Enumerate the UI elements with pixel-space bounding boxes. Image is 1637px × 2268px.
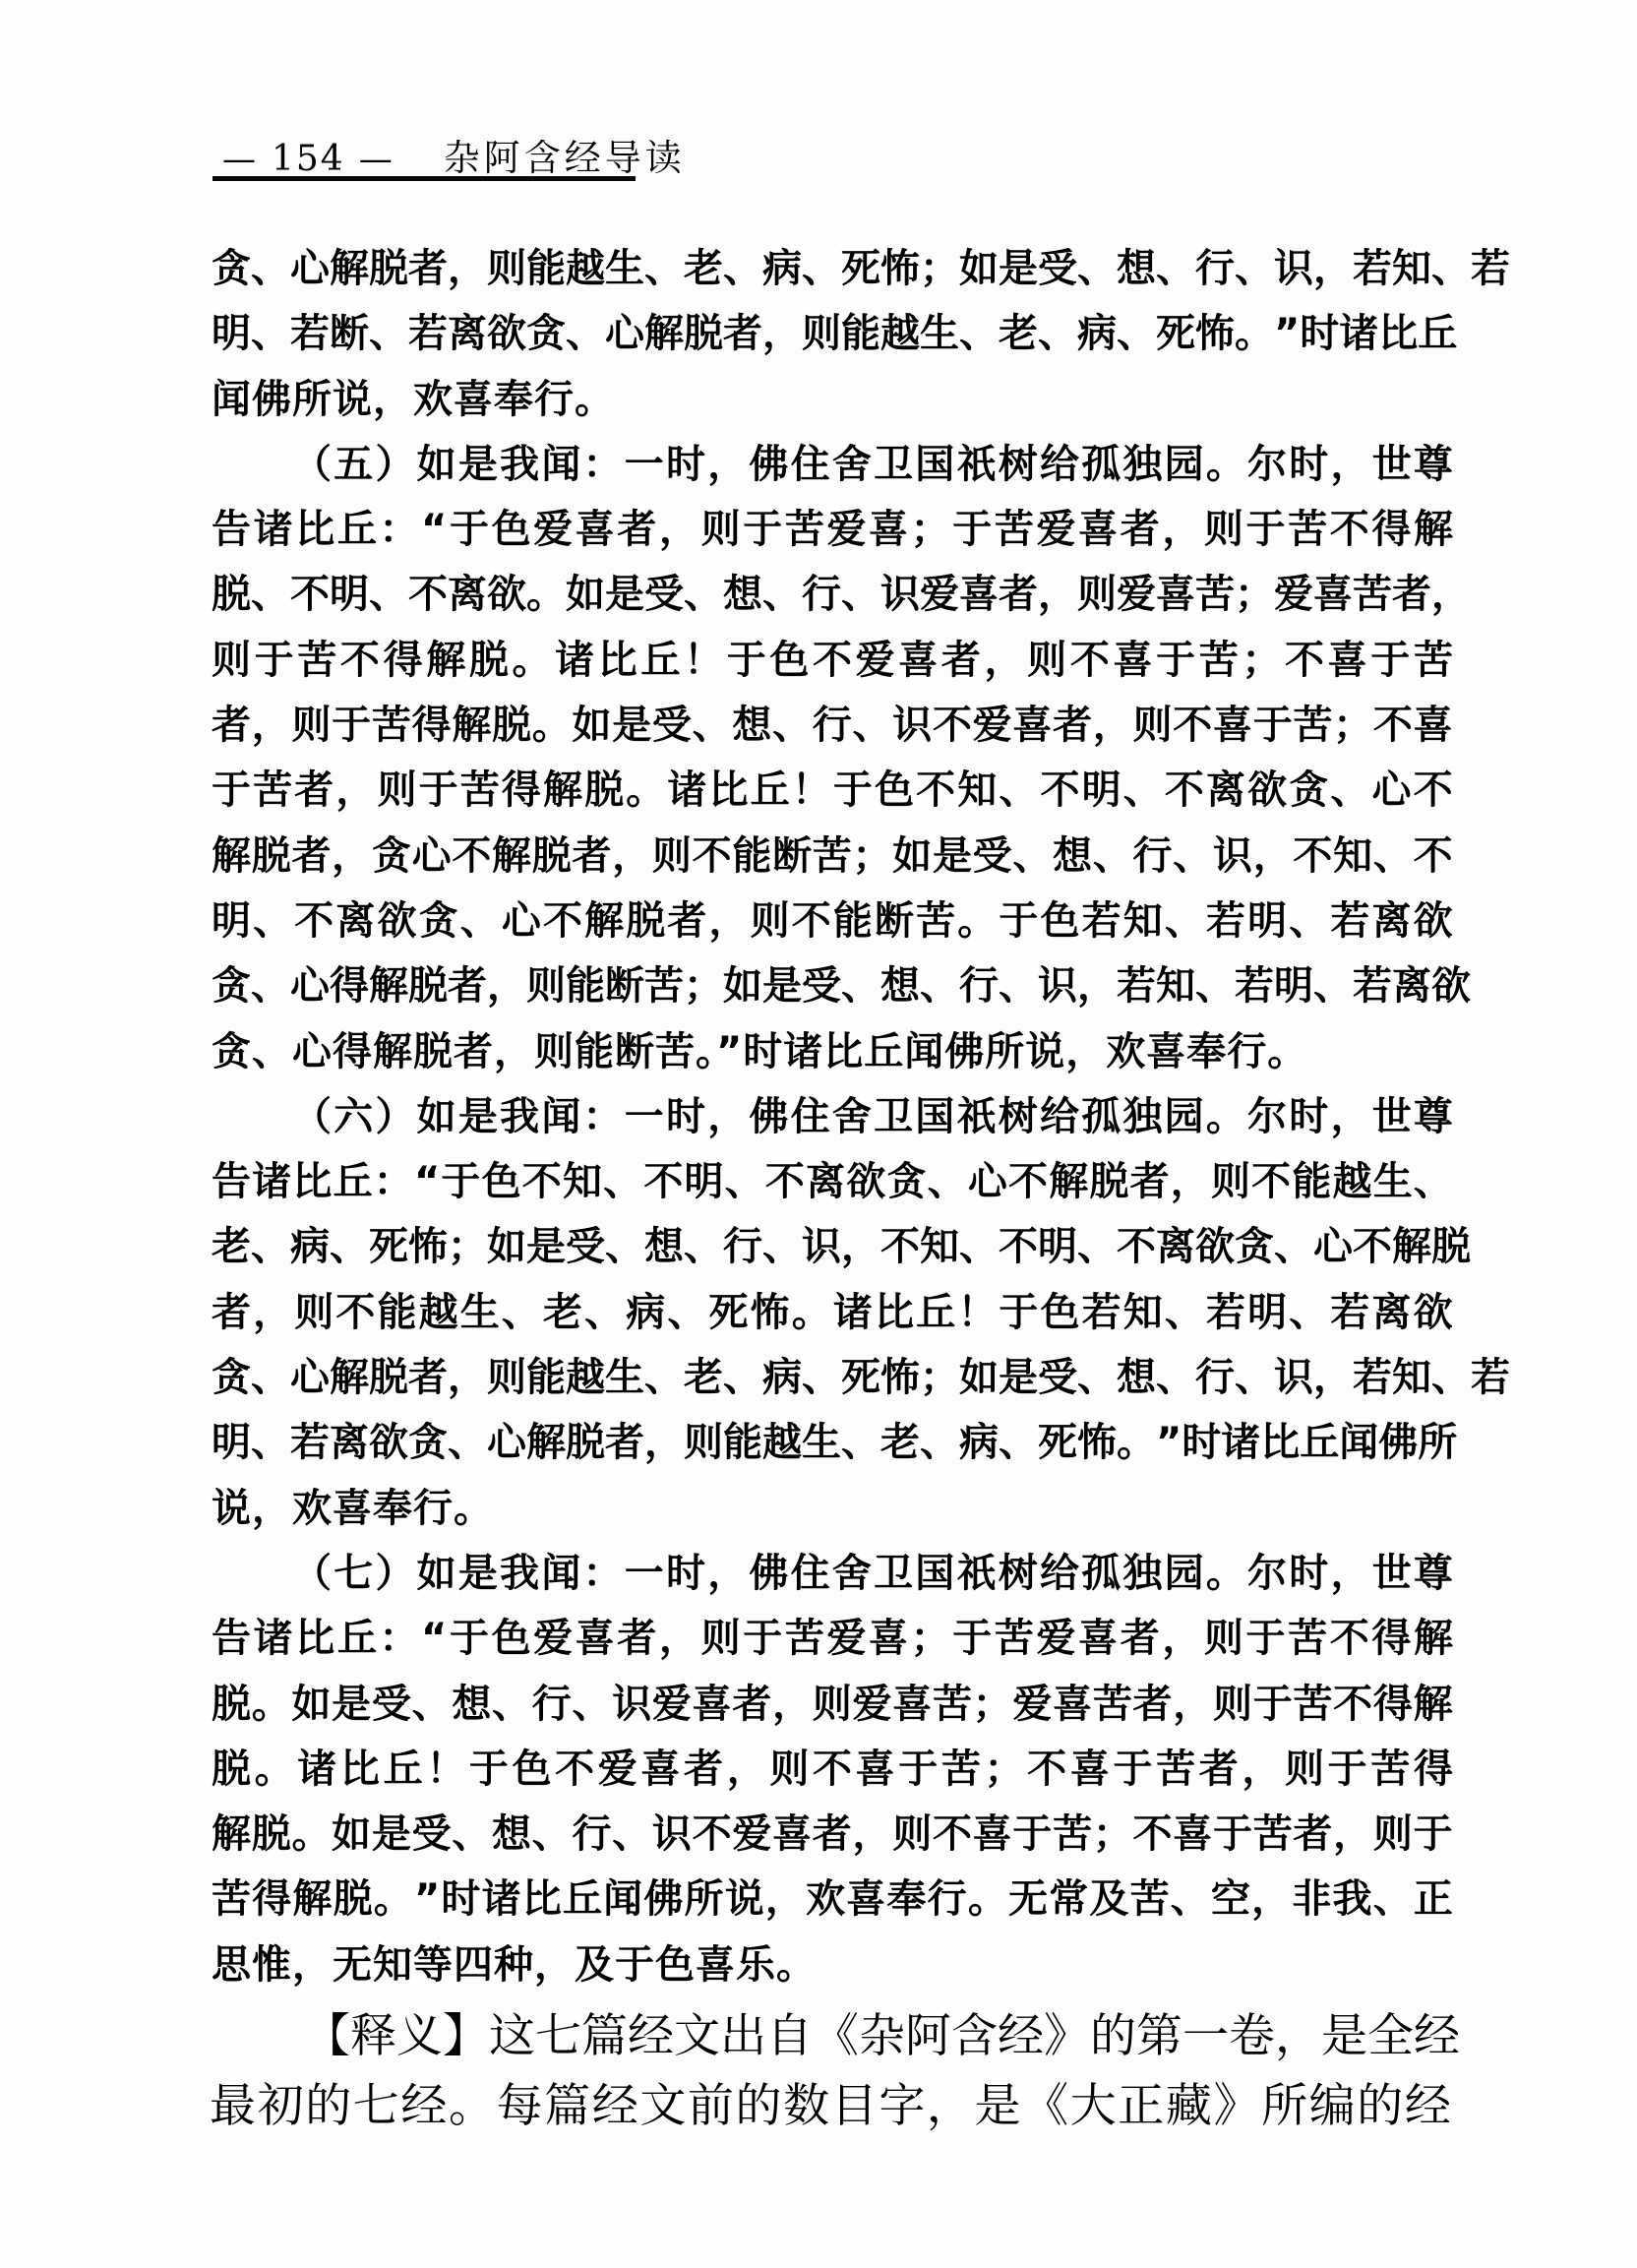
scanned-book-page: — 154 — 杂阿含经导读 贪、心解脱者，则能越生、老、病、死怖；如是受、想、… [0, 0, 1637, 2268]
running-head: — 154 — 杂阿含经导读 [216, 128, 686, 181]
body-line: 苦得解脱。”时诸比丘闻佛所说，欢喜奉行。无常及苦、空，非我、正 [212, 1867, 1453, 1931]
body-line: （六）如是我闻：一时，佛住舍卫国祇树给孤独园。尔时，世尊 [212, 1084, 1453, 1149]
body-line: 明、不离欲贪、心不解脱者，则不能断苦。于色若知、若明、若离欲 [212, 889, 1453, 953]
body-line: 说，欢喜奉行。 [212, 1476, 1453, 1541]
body-line: 明、若离欲贪、心解脱者，则能越生、老、病、死怖。”时诸比丘闻佛所 [212, 1410, 1453, 1475]
body-line: 贪、心解脱者，则能越生、老、病、死怖；如是受、想、行、识，若知、若 [212, 1345, 1453, 1410]
commentary-line: 最初的七经。每篇经文前的数目字，是《大正藏》所编的经 [210, 2071, 1451, 2141]
body-line: 则于苦不得解脱。诸比丘！于色不爱喜者，则不喜于苦；不喜于苦 [212, 628, 1453, 693]
sutra-text-block: 贪、心解脱者，则能越生、老、病、死怖；如是受、想、行、识，若知、若明、若断、若离… [212, 236, 1453, 1997]
body-line: 解脱。如是受、想、行、识不爱喜者，则不喜于苦；不喜于苦者，则于 [212, 1802, 1453, 1867]
body-line: 闻佛所说，欢喜奉行。 [212, 367, 1453, 432]
commentary-text-block: 【释义】这七篇经文出自《杂阿含经》的第一卷，是全经最初的七经。每篇经文前的数目字… [210, 2001, 1451, 2141]
body-line: 贪、心得解脱者，则能断苦；如是受、想、行、识，若知、若明、若离欲 [212, 953, 1453, 1018]
page-number-dash-left: — [216, 140, 264, 179]
commentary-line: 【释义】这七篇经文出自《杂阿含经》的第一卷，是全经 [210, 2001, 1451, 2071]
page-number-dash-right: — [353, 140, 400, 179]
body-line: 贪、心解脱者，则能越生、老、病、死怖；如是受、想、行、识，若知、若 [212, 236, 1453, 301]
body-line: 告诸比丘：“于色爱喜者，则于苦爱喜；于苦爱喜者，则于苦不得解 [212, 1606, 1453, 1671]
body-line: 脱。诸比丘！于色不爱喜者，则不喜于苦；不喜于苦者，则于苦得 [212, 1737, 1453, 1802]
body-line: 解脱者，贪心不解脱者，则不能断苦；如是受、想、行、识，不知、不 [212, 824, 1453, 889]
body-line: （五）如是我闻：一时，佛住舍卫国祇树给孤独园。尔时，世尊 [212, 432, 1453, 497]
body-line: 告诸比丘：“于色不知、不明、不离欲贪、心不解脱者，则不能越生、 [212, 1149, 1453, 1214]
body-line: 者，则于苦得解脱。如是受、想、行、识不爱喜者，则不喜于苦；不喜 [212, 693, 1453, 758]
body-line: 脱。如是受、想、行、识爱喜者，则爱喜苦；爱喜苦者，则于苦不得解 [212, 1672, 1453, 1737]
body-line: 贪、心得解脱者，则能断苦。”时诸比丘闻佛所说，欢喜奉行。 [212, 1019, 1453, 1084]
body-line: 明、若断、若离欲贪、心解脱者，则能越生、老、病、死怖。”时诸比丘 [212, 301, 1453, 366]
body-line: （七）如是我闻：一时，佛住舍卫国祇树给孤独园。尔时，世尊 [212, 1541, 1453, 1606]
body-line: 告诸比丘：“于色爱喜者，则于苦爱喜；于苦爱喜者，则于苦不得解 [212, 497, 1453, 562]
page-number: 154 [264, 139, 353, 179]
body-line: 脱、不明、不离欲。如是受、想、行、识爱喜者，则爱喜苦；爱喜苦者， [212, 562, 1453, 627]
body-line: 者，则不能越生、老、病、死怖。诸比丘！于色若知、若明、若离欲 [212, 1280, 1453, 1345]
header-rule [212, 176, 636, 181]
body-line: 老、病、死怖；如是受、想、行、识，不知、不明、不离欲贪、心不解脱 [212, 1214, 1453, 1279]
body-line: 于苦者，则于苦得解脱。诸比丘！于色不知、不明、不离欲贪、心不 [212, 758, 1453, 823]
body-line: 思惟，无知等四种，及于色喜乐。 [212, 1932, 1453, 1997]
book-title: 杂阿含经导读 [444, 128, 686, 181]
